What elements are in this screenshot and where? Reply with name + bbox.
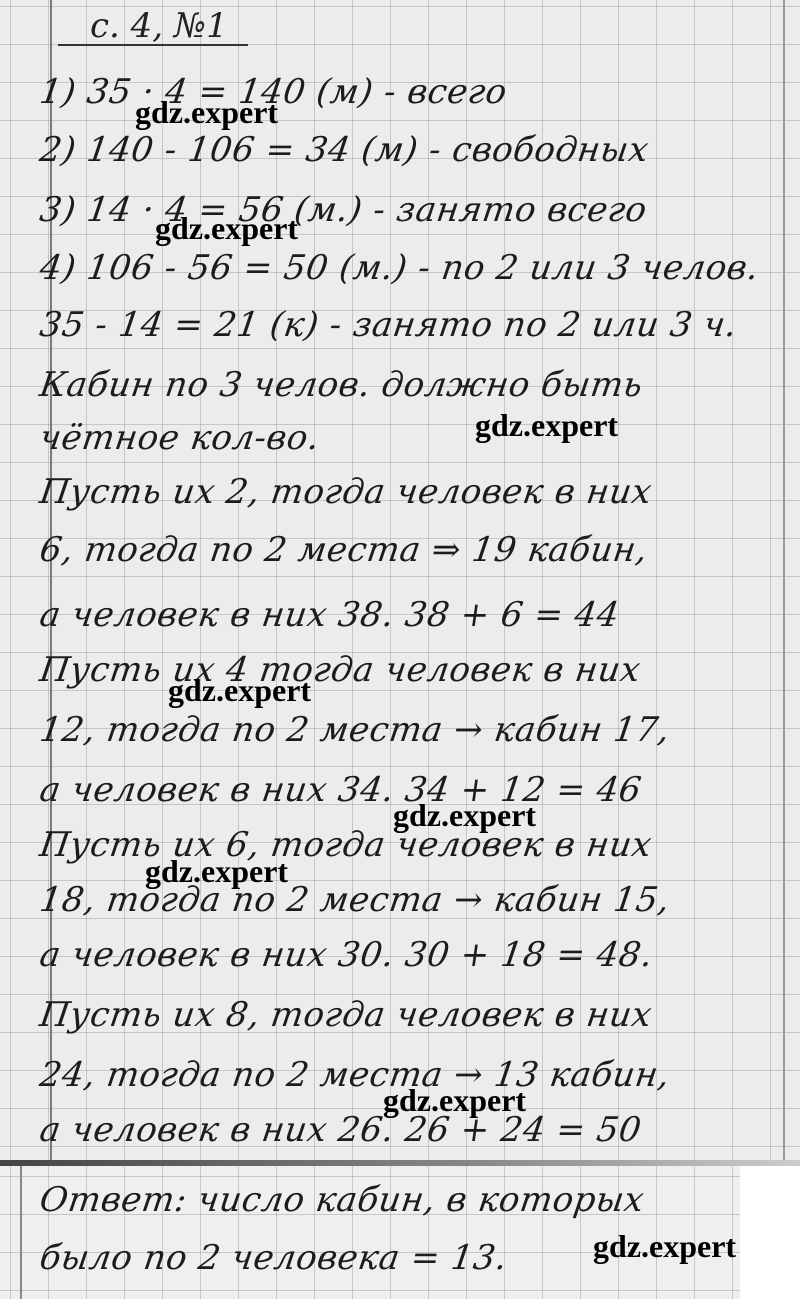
solution-line: Пусть их 4 тогда человек в них xyxy=(37,650,643,690)
answer-margin-line xyxy=(20,1166,22,1299)
notebook-right-edge xyxy=(783,0,785,1160)
notebook-margin-line xyxy=(50,0,52,1160)
watermark: gdz.expert xyxy=(155,210,298,247)
solution-line: а человек в них 38. 38 + 6 = 44 xyxy=(37,595,622,635)
solution-line: а человек в них 34. 34 + 12 = 46 xyxy=(37,770,644,810)
watermark: gdz.expert xyxy=(593,1228,736,1265)
answer-line-2: было по 2 человека = 13. xyxy=(37,1238,510,1278)
watermark: gdz.expert xyxy=(145,853,288,890)
solution-line: чётное кол-во. xyxy=(37,418,322,458)
solution-line: 18, тогда по 2 места → кабин 15, xyxy=(37,880,672,920)
solution-line: 12, тогда по 2 места → кабин 17, xyxy=(37,710,672,750)
solution-line: а человек в них 26. 26 + 24 = 50 xyxy=(37,1110,644,1150)
watermark: gdz.expert xyxy=(475,407,618,444)
solution-line: Кабин по 3 челов. должно быть xyxy=(37,365,645,405)
solution-line: Пусть их 2, тогда человек в них xyxy=(37,472,654,512)
solution-line: а человек в них 30. 30 + 18 = 48. xyxy=(37,935,655,975)
solution-line: 4) 106 - 56 = 50 (м.) - по 2 или 3 челов… xyxy=(37,248,761,288)
watermark: gdz.expert xyxy=(135,94,278,131)
solution-line: 6, тогда по 2 места ⇒ 19 кабин, xyxy=(37,530,650,570)
watermark: gdz.expert xyxy=(168,672,311,709)
solution-line: 2) 140 - 106 = 34 (м) - свободных xyxy=(37,130,651,170)
solution-line: 3) 14 · 4 = 56 (м.) - занято всего xyxy=(37,190,649,230)
solution-line: 35 - 14 = 21 (к) - занято по 2 или 3 ч. xyxy=(37,305,739,345)
heading-underline xyxy=(58,44,248,46)
answer-line-1: Ответ: число кабин, в которых xyxy=(37,1180,647,1220)
watermark: gdz.expert xyxy=(383,1082,526,1119)
solution-line: Пусть их 6, тогда человек в них xyxy=(37,825,654,865)
answer-blank-area xyxy=(740,1166,800,1299)
watermark: gdz.expert xyxy=(393,797,536,834)
task-heading: с. 4, №1 xyxy=(90,6,228,46)
solution-line: Пусть их 8, тогда человек в них xyxy=(37,995,654,1035)
solution-line: 24, тогда по 2 места → 13 кабин, xyxy=(37,1055,672,1095)
